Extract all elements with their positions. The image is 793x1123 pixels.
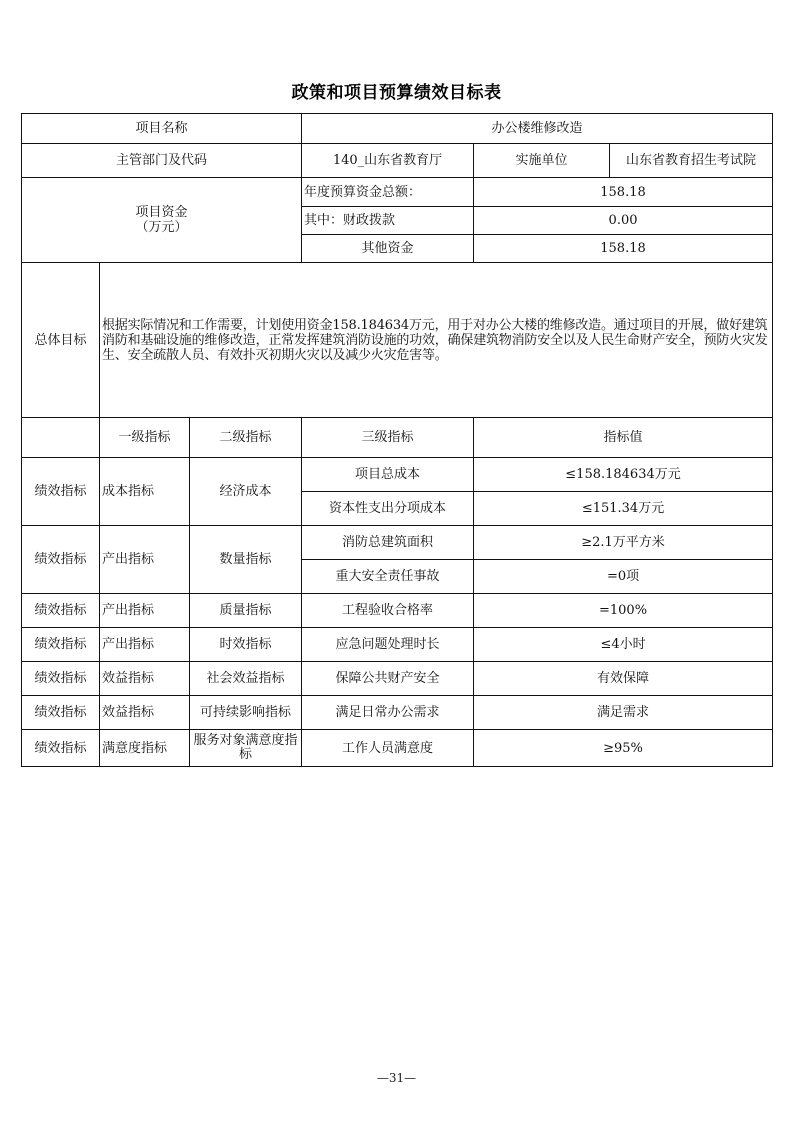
indicator-category: 绩效指标 bbox=[22, 730, 100, 767]
department-value: 140_山东省教育厅 bbox=[302, 144, 474, 178]
header-value: 指标值 bbox=[474, 418, 773, 458]
implementing-unit-value: 山东省教育招生考试院 bbox=[610, 144, 773, 178]
indicator-value: ≥2.1万平方米 bbox=[474, 526, 773, 560]
table-row: 绩效指标 产出指标 数量指标 消防总建筑面积 ≥2.1万平方米 bbox=[22, 526, 773, 560]
indicator-category: 绩效指标 bbox=[22, 594, 100, 628]
overall-goal-label: 总体目标 bbox=[22, 263, 100, 418]
page-title: 政策和项目预算绩效目标表 bbox=[0, 78, 793, 103]
header-level2: 二级指标 bbox=[190, 418, 302, 458]
indicator-level3: 满足日常办公需求 bbox=[302, 696, 474, 730]
indicator-level2: 质量指标 bbox=[190, 594, 302, 628]
performance-target-table: 项目名称 办公楼维修改造 主管部门及代码 140_山东省教育厅 实施单位 山东省… bbox=[21, 113, 773, 767]
indicator-level1: 效益指标 bbox=[100, 696, 190, 730]
table-row: 绩效指标 满意度指标 服务对象满意度指标 工作人员满意度 ≥95% bbox=[22, 730, 773, 767]
indicator-value: 有效保障 bbox=[474, 662, 773, 696]
indicator-level1: 产出指标 bbox=[100, 526, 190, 594]
funds-row-total: 项目资金 （万元） 年度预算资金总额： 158.18 bbox=[22, 178, 773, 207]
header-level1: 一级指标 bbox=[100, 418, 190, 458]
implementing-unit-label: 实施单位 bbox=[474, 144, 610, 178]
project-funds-label-line2: （万元） bbox=[24, 220, 299, 235]
table-row: 绩效指标 效益指标 可持续影响指标 满足日常办公需求 满足需求 bbox=[22, 696, 773, 730]
project-name-label: 项目名称 bbox=[22, 114, 302, 144]
department-row: 主管部门及代码 140_山东省教育厅 实施单位 山东省教育招生考试院 bbox=[22, 144, 773, 178]
indicator-category: 绩效指标 bbox=[22, 662, 100, 696]
indicator-level3: 保障公共财产安全 bbox=[302, 662, 474, 696]
indicator-category: 绩效指标 bbox=[22, 628, 100, 662]
indicator-level2: 经济成本 bbox=[190, 458, 302, 526]
funds-fiscal-value: 0.00 bbox=[474, 207, 773, 235]
indicator-value: 满足需求 bbox=[474, 696, 773, 730]
page-number: —31— bbox=[0, 1071, 793, 1085]
funds-total-value: 158.18 bbox=[474, 178, 773, 207]
indicator-level2: 社会效益指标 bbox=[190, 662, 302, 696]
indicator-level3: 消防总建筑面积 bbox=[302, 526, 474, 560]
project-funds-label-line1: 项目资金 bbox=[24, 205, 299, 220]
indicator-level1: 效益指标 bbox=[100, 662, 190, 696]
indicator-category: 绩效指标 bbox=[22, 526, 100, 594]
project-name-value: 办公楼维修改造 bbox=[302, 114, 773, 144]
indicator-level3: 项目总成本 bbox=[302, 458, 474, 492]
indicator-level1: 满意度指标 bbox=[100, 730, 190, 767]
indicator-category: 绩效指标 bbox=[22, 458, 100, 526]
table-row: 绩效指标 产出指标 时效指标 应急问题处理时长 ≤4小时 bbox=[22, 628, 773, 662]
department-label: 主管部门及代码 bbox=[22, 144, 302, 178]
funds-other-value: 158.18 bbox=[474, 235, 773, 263]
indicator-value: ≤151.34万元 bbox=[474, 492, 773, 526]
indicator-level3: 工作人员满意度 bbox=[302, 730, 474, 767]
overall-goal-text: 根据实际情况和工作需要，计划使用资金158.184634万元，用于对办公大楼的维… bbox=[100, 263, 773, 418]
project-funds-label: 项目资金 （万元） bbox=[22, 178, 302, 263]
indicator-level2: 服务对象满意度指标 bbox=[190, 730, 302, 767]
indicator-level3: 工程验收合格率 bbox=[302, 594, 474, 628]
funds-fiscal-label: 其中：财政拨款 bbox=[302, 207, 474, 235]
funds-total-label: 年度预算资金总额： bbox=[302, 178, 474, 207]
indicator-level2: 时效指标 bbox=[190, 628, 302, 662]
table-row: 绩效指标 成本指标 经济成本 项目总成本 ≤158.184634万元 bbox=[22, 458, 773, 492]
indicator-value: ≤158.184634万元 bbox=[474, 458, 773, 492]
indicator-level2: 数量指标 bbox=[190, 526, 302, 594]
header-level3: 三级指标 bbox=[302, 418, 474, 458]
indicator-level3: 应急问题处理时长 bbox=[302, 628, 474, 662]
indicator-value: =0项 bbox=[474, 560, 773, 594]
indicator-level2: 可持续影响指标 bbox=[190, 696, 302, 730]
project-name-row: 项目名称 办公楼维修改造 bbox=[22, 114, 773, 144]
table-row: 绩效指标 效益指标 社会效益指标 保障公共财产安全 有效保障 bbox=[22, 662, 773, 696]
indicator-value: =100% bbox=[474, 594, 773, 628]
indicator-level1: 成本指标 bbox=[100, 458, 190, 526]
header-blank bbox=[22, 418, 100, 458]
indicator-category: 绩效指标 bbox=[22, 696, 100, 730]
overall-goal-row: 总体目标 根据实际情况和工作需要，计划使用资金158.184634万元，用于对办… bbox=[22, 263, 773, 418]
indicator-level1: 产出指标 bbox=[100, 628, 190, 662]
indicator-level3: 资本性支出分项成本 bbox=[302, 492, 474, 526]
table-row: 绩效指标 产出指标 质量指标 工程验收合格率 =100% bbox=[22, 594, 773, 628]
indicator-value: ≤4小时 bbox=[474, 628, 773, 662]
indicator-level3: 重大安全责任事故 bbox=[302, 560, 474, 594]
indicator-header-row: 一级指标 二级指标 三级指标 指标值 bbox=[22, 418, 773, 458]
funds-other-label: 其他资金 bbox=[302, 235, 474, 263]
indicator-level1: 产出指标 bbox=[100, 594, 190, 628]
indicator-value: ≥95% bbox=[474, 730, 773, 767]
